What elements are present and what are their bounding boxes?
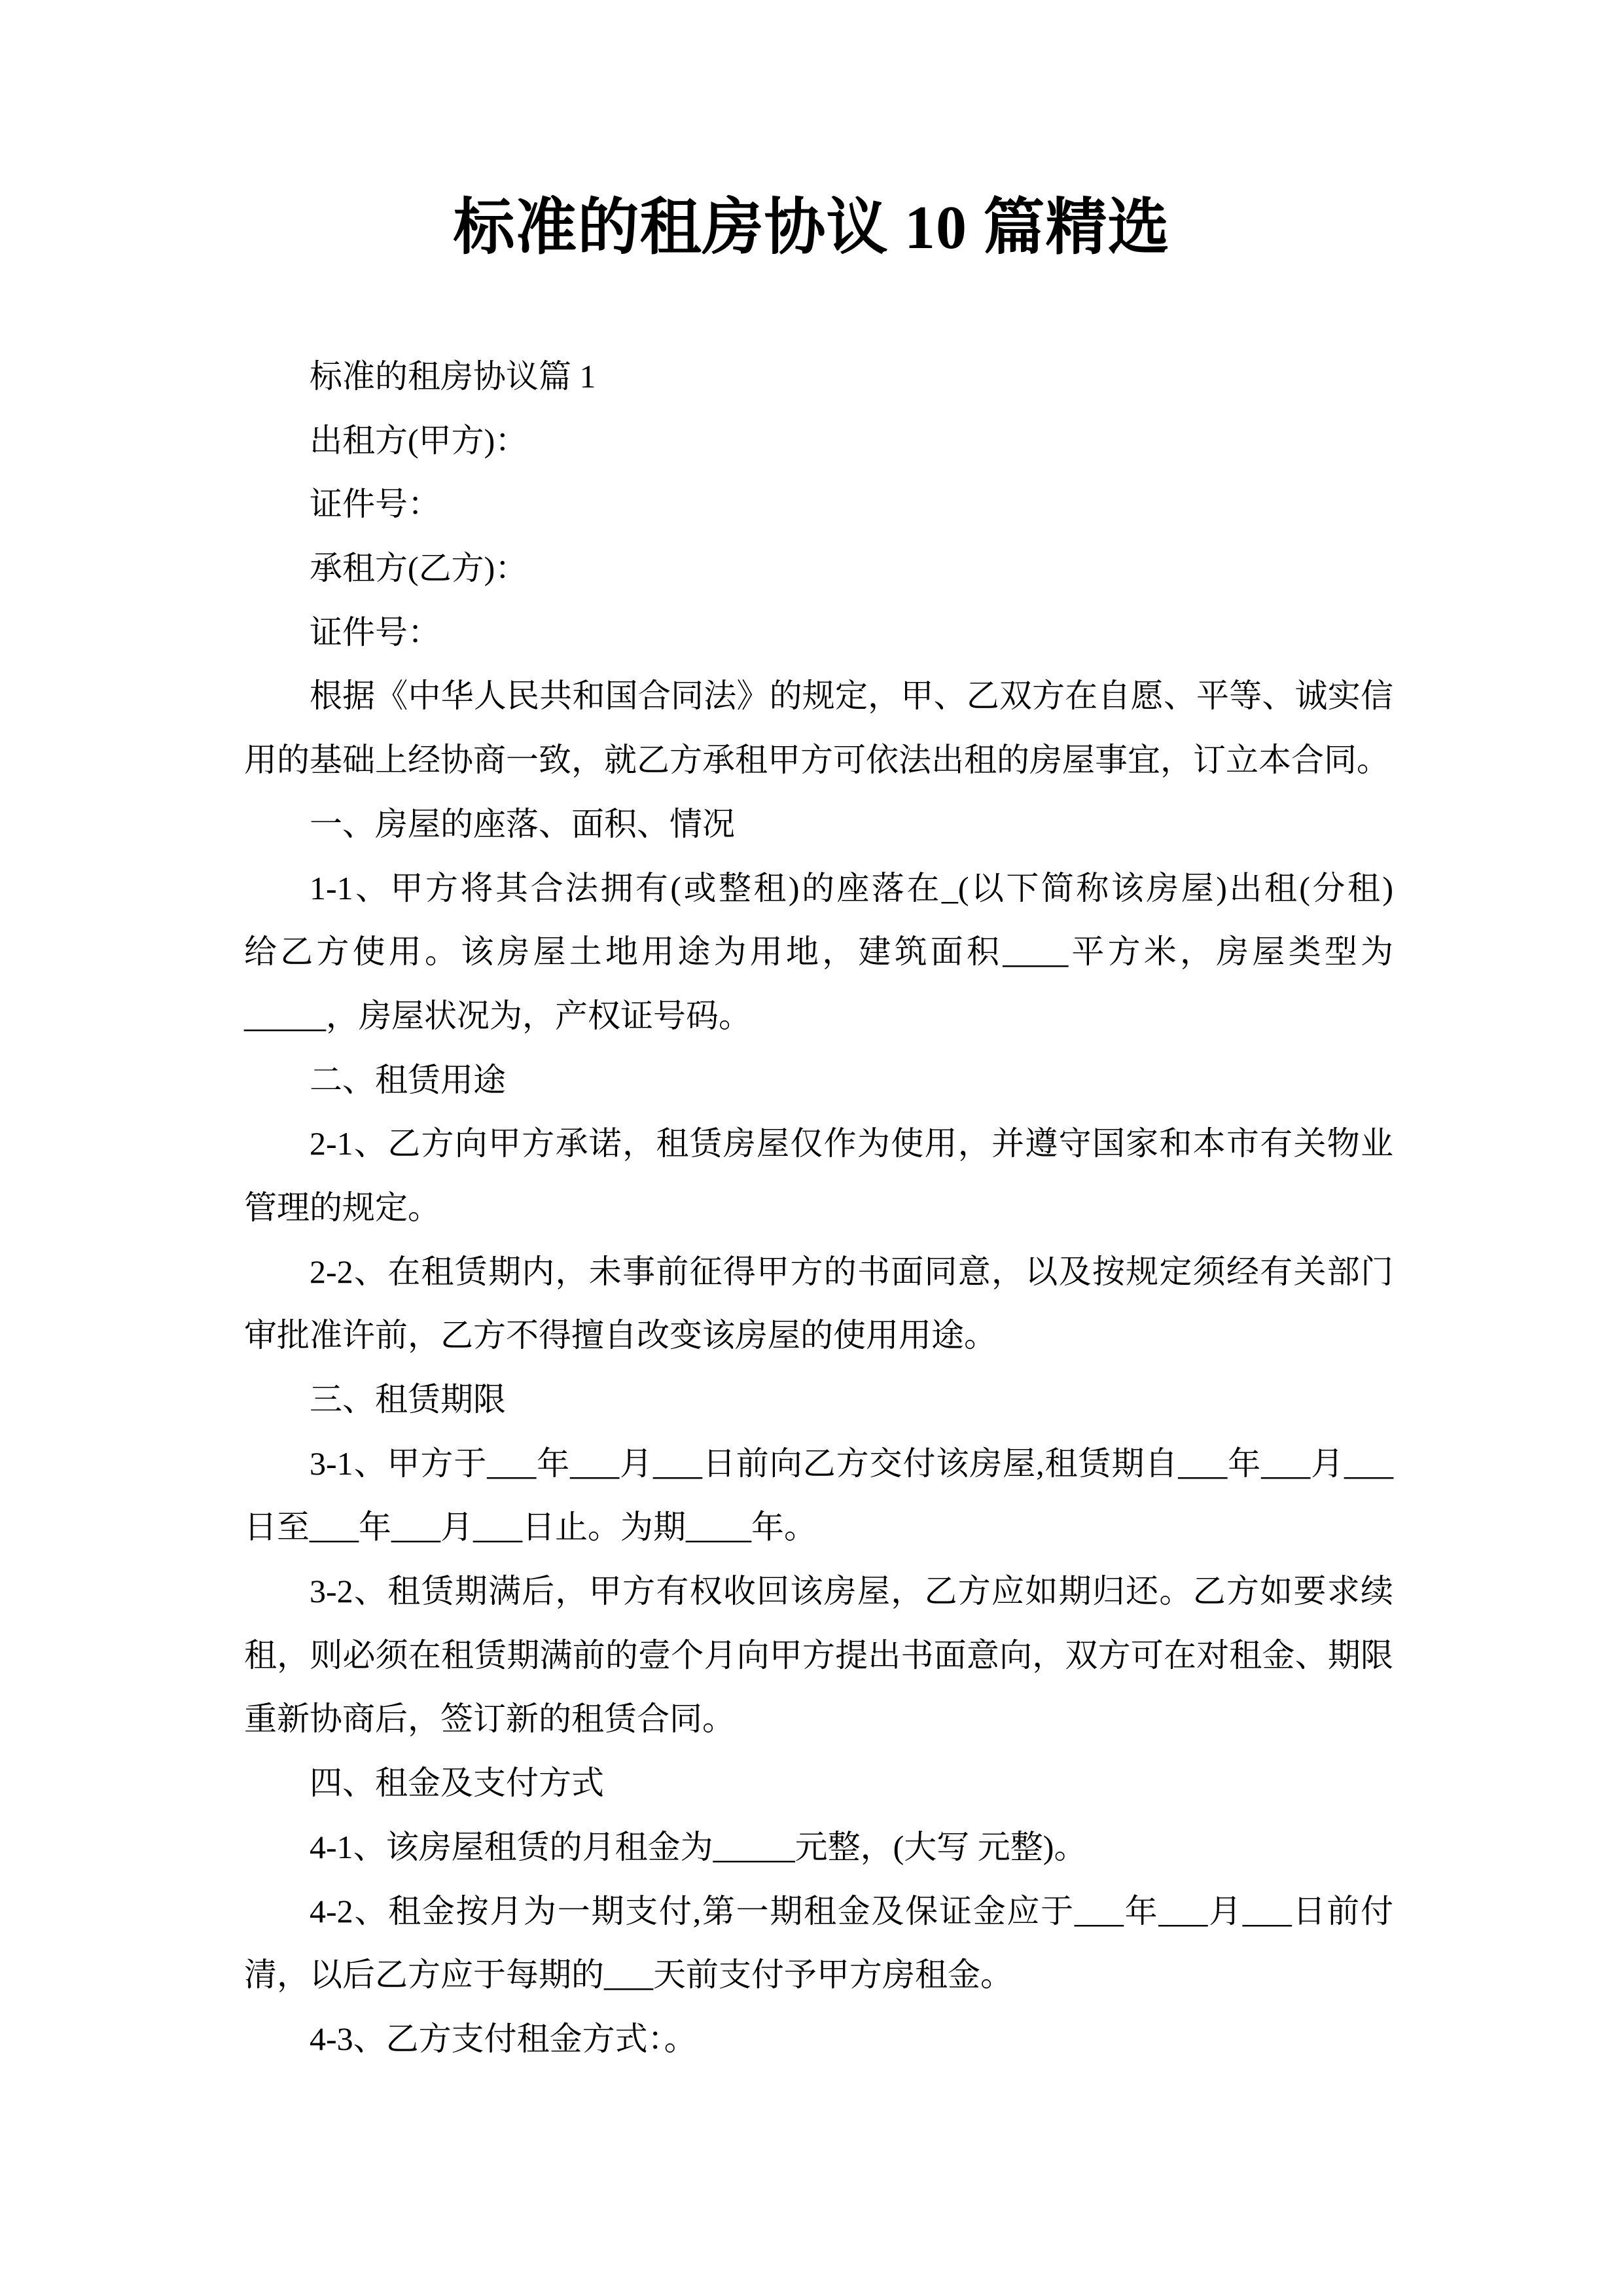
text-line: _____，房屋状况为，产权证号码。 xyxy=(244,984,1393,1049)
text-line: 2-1、乙方向甲方承诺，租赁房屋仅作为使用，并遵守国家和本市有关物业 xyxy=(244,1112,1393,1176)
text-line: 4-2、租金按月为一期支付,第一期租金及保证金应于___年___月___日前付 xyxy=(244,1880,1393,1944)
text-line: 一、房屋的座落、面积、情况 xyxy=(244,793,1393,857)
text-line: 1-1、甲方将其合法拥有(或整租)的座落在_(以下简称该房屋)出租(分租) xyxy=(244,857,1393,921)
text-line: 租，则必须在租赁期满前的壹个月向甲方提出书面意向，双方可在对租金、期限 xyxy=(244,1624,1393,1688)
text-line: 根据《中华人民共和国合同法》的规定，甲、乙双方在自愿、平等、诚实信 xyxy=(244,664,1393,728)
text-line: 清，以后乙方应于每期的___天前支付予甲方房租金。 xyxy=(244,1943,1393,2007)
text-line: 4-3、乙方支付租金方式：。 xyxy=(244,2007,1393,2072)
text-line: 日至___年___月___日止。为期____年。 xyxy=(244,1496,1393,1560)
text-line: 三、租赁期限 xyxy=(244,1368,1393,1432)
document-title: 标准的租房协议 10 篇精选 xyxy=(0,191,1623,265)
text-line: 承租方(乙方)： xyxy=(244,537,1393,601)
text-line: 4-1、该房屋租赁的月租金为_____元整，(大写 元整)。 xyxy=(244,1816,1393,1880)
text-line: 四、租金及支付方式 xyxy=(244,1751,1393,1816)
text-line: 审批准许前，乙方不得擅自改变该房屋的使用用途。 xyxy=(244,1304,1393,1368)
text-line: 二、租赁用途 xyxy=(244,1049,1393,1113)
text-line: 用的基础上经协商一致，就乙方承租甲方可依法出租的房屋事宜，订立本合同。 xyxy=(244,728,1393,793)
text-line: 3-1、甲方于___年___月___日前向乙方交付该房屋,租赁期自___年___… xyxy=(244,1432,1393,1496)
document-page: 标准的租房协议 10 篇精选 标准的租房协议篇 1出租方(甲方)：证件号：承租方… xyxy=(0,0,1623,2296)
text-line: 重新协商后，签订新的租赁合同。 xyxy=(244,1687,1393,1751)
text-line: 给乙方使用。该房屋土地用途为用地，建筑面积____平方米，房屋类型为 xyxy=(244,920,1393,984)
text-line: 证件号： xyxy=(244,473,1393,537)
document-body: 标准的租房协议篇 1出租方(甲方)：证件号：承租方(乙方)：证件号：根据《中华人… xyxy=(244,345,1393,2072)
text-line: 3-2、租赁期满后，甲方有权收回该房屋，乙方应如期归还。乙方如要求续 xyxy=(244,1560,1393,1624)
text-line: 标准的租房协议篇 1 xyxy=(244,345,1393,409)
text-line: 证件号： xyxy=(244,601,1393,665)
text-line: 管理的规定。 xyxy=(244,1176,1393,1240)
text-line: 2-2、在租赁期内，未事前征得甲方的书面同意，以及按规定须经有关部门 xyxy=(244,1240,1393,1304)
text-line: 出租方(甲方)： xyxy=(244,409,1393,473)
